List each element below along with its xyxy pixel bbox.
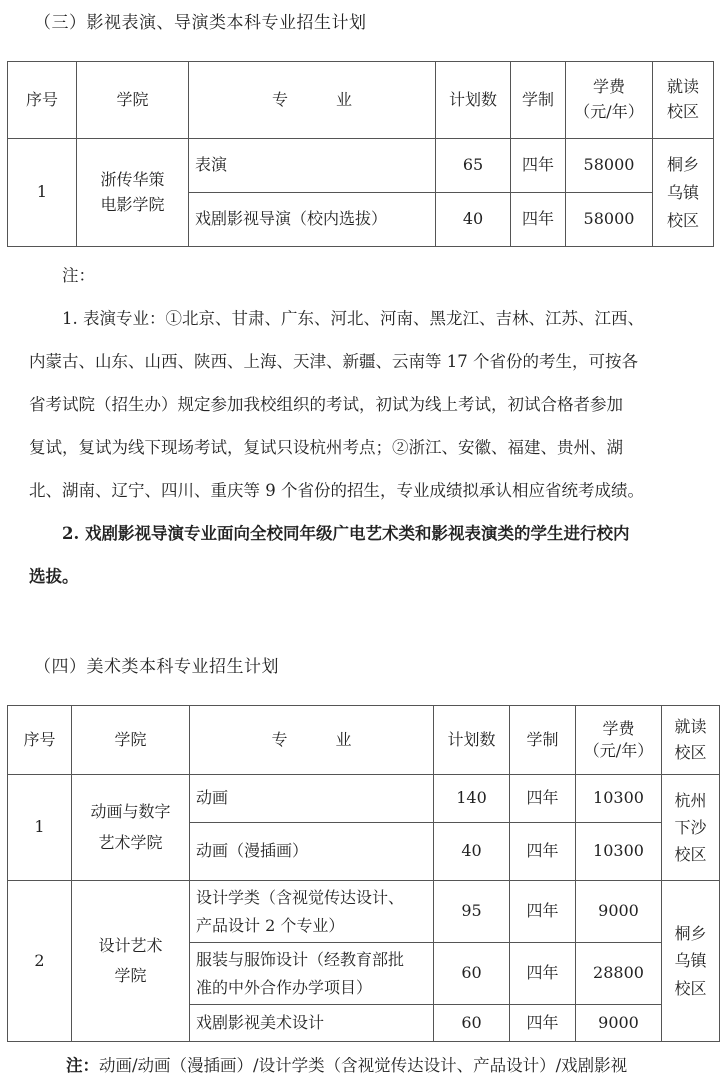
cell-major: 戏剧影视导演（校内选拔）	[189, 193, 436, 247]
cell-quota: 60	[434, 943, 510, 1005]
cell-fee: 58000	[566, 193, 653, 247]
section-3-title: （三）影视表演、导演类本科专业招生计划	[34, 8, 367, 33]
note-1-line-5: 北、湖南、辽宁、四川、重庆等 9 个省份的招生，专业成绩拟承认相应省统考成绩。	[29, 469, 691, 512]
cell-quota: 40	[436, 193, 511, 247]
table-header-row: 序号 学院 专 业 计划数 学制 学费（元/年） 就读校区	[8, 62, 714, 139]
footnote-text: 动画/动画（漫插画）/设计学类（含视觉传达设计、产品设计）/戏剧影视	[99, 1056, 627, 1075]
header-no: 序号	[8, 706, 72, 775]
header-fee: 学费（元/年）	[566, 62, 653, 139]
note-1-line-3: 省考试院（招生办）规定参加我校组织的考试，初试为线上考试，初试合格者参加	[29, 383, 691, 426]
cell-major: 服装与服饰设计（经教育部批准的中外合作办学项目）	[190, 943, 434, 1005]
table-row: 1 动画与数字艺术学院 动画 140 四年 10300 杭州下沙校区	[8, 775, 720, 823]
table-row: 2 设计艺术学院 设计学类（含视觉传达设计、产品设计 2 个专业） 95 四年 …	[8, 881, 720, 943]
cell-duration: 四年	[511, 193, 566, 247]
table-header-row: 序号 学院 专 业 计划数 学制 学费（元/年） 就读校区	[8, 706, 720, 775]
cell-campus: 桐乡乌镇校区	[653, 139, 714, 247]
section-3-notes: 注： 1. 表演专业：①北京、甘肃、广东、河北、河南、黑龙江、吉林、江苏、江西、…	[29, 254, 691, 598]
note-1-line-4: 复试，复试为线下现场考试，复试只设杭州考点；②浙江、安徽、福建、贵州、湖	[29, 426, 691, 469]
footnote-label: 注：	[66, 1056, 99, 1075]
cell-duration: 四年	[511, 139, 566, 193]
note-2-line-1: 2. 戏剧影视导演专业面向全校同年级广电艺术类和影视表演类的学生进行校内	[29, 512, 691, 555]
header-duration: 学制	[511, 62, 566, 139]
cell-fee: 9000	[576, 1005, 662, 1042]
cell-college: 设计艺术学院	[72, 881, 190, 1042]
cell-college: 动画与数字艺术学院	[72, 775, 190, 881]
cell-no: 2	[8, 881, 72, 1042]
cell-major: 动画（漫插画）	[190, 823, 434, 881]
cell-fee: 58000	[566, 139, 653, 193]
note-1-line-1: 1. 表演专业：①北京、甘肃、广东、河北、河南、黑龙江、吉林、江苏、江西、	[29, 297, 691, 340]
header-quota: 计划数	[436, 62, 511, 139]
cell-fee: 10300	[576, 823, 662, 881]
header-major: 专 业	[189, 62, 436, 139]
header-college: 学院	[77, 62, 189, 139]
cell-duration: 四年	[510, 823, 576, 881]
cell-quota: 60	[434, 1005, 510, 1042]
cell-quota: 40	[434, 823, 510, 881]
cell-fee: 9000	[576, 881, 662, 943]
cell-quota: 65	[436, 139, 511, 193]
header-campus: 就读校区	[662, 706, 720, 775]
header-no: 序号	[8, 62, 77, 139]
cell-duration: 四年	[510, 943, 576, 1005]
header-campus: 就读校区	[653, 62, 714, 139]
header-fee: 学费（元/年）	[576, 706, 662, 775]
cell-fee: 28800	[576, 943, 662, 1005]
cell-major: 表演	[189, 139, 436, 193]
cell-duration: 四年	[510, 775, 576, 823]
cell-campus: 杭州下沙校区	[662, 775, 720, 881]
notes-label: 注：	[29, 254, 691, 297]
note-1-line-2: 内蒙古、山东、山西、陕西、上海、天津、新疆、云南等 17 个省份的考生，可按各	[29, 340, 691, 383]
section-3-table: 序号 学院 专 业 计划数 学制 学费（元/年） 就读校区 1 浙传华策电影学院…	[7, 61, 714, 247]
cell-major: 戏剧影视美术设计	[190, 1005, 434, 1042]
table-row: 1 浙传华策电影学院 表演 65 四年 58000 桐乡乌镇校区	[8, 139, 714, 193]
header-major: 专 业	[190, 706, 434, 775]
cell-no: 1	[8, 139, 77, 247]
section-4-table: 序号 学院 专 业 计划数 学制 学费（元/年） 就读校区 1 动画与数字艺术学…	[7, 705, 720, 1042]
cell-quota: 95	[434, 881, 510, 943]
cell-duration: 四年	[510, 881, 576, 943]
section-4-title: （四）美术类本科专业招生计划	[34, 652, 279, 677]
cell-quota: 140	[434, 775, 510, 823]
cell-major: 设计学类（含视觉传达设计、产品设计 2 个专业）	[190, 881, 434, 943]
header-quota: 计划数	[434, 706, 510, 775]
cell-campus: 桐乡乌镇校区	[662, 881, 720, 1042]
cell-fee: 10300	[576, 775, 662, 823]
section-4-footnote: 注：动画/动画（漫插画）/设计学类（含视觉传达设计、产品设计）/戏剧影视	[66, 1052, 627, 1076]
cell-no: 1	[8, 775, 72, 881]
cell-duration: 四年	[510, 1005, 576, 1042]
header-college: 学院	[72, 706, 190, 775]
cell-college: 浙传华策电影学院	[77, 139, 189, 247]
note-2-line-2: 选拔。	[29, 555, 691, 598]
cell-major: 动画	[190, 775, 434, 823]
header-duration: 学制	[510, 706, 576, 775]
